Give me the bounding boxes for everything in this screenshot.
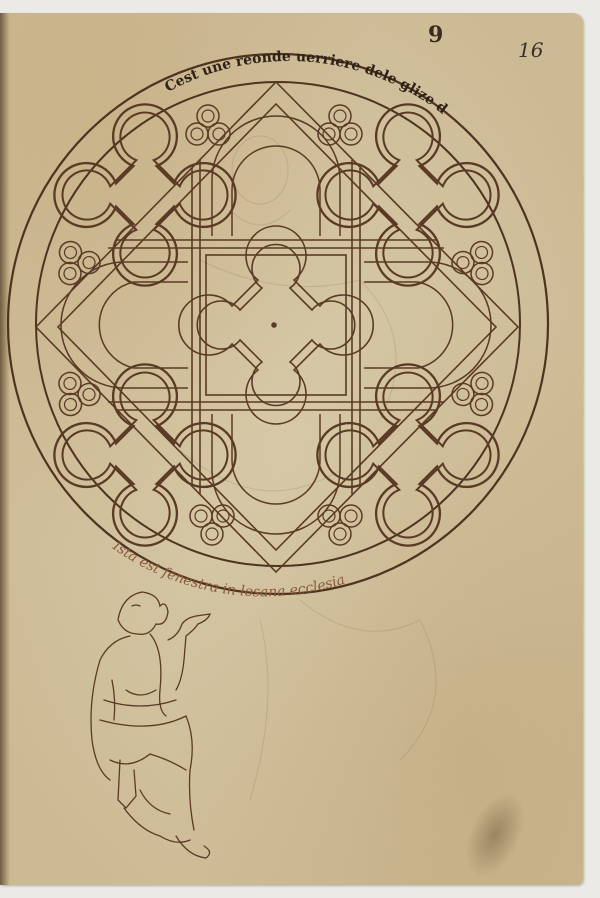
cross-bars [108,160,444,494]
folio-number: 16 [518,38,543,62]
faint-underdrawing [180,136,436,800]
seated-figure [91,592,210,858]
corner-mark: 9 [428,22,443,48]
rose-window-drawing: Cest une reonde uerriere dele glize de l… [0,0,600,898]
bottom-inscription: Ista est fenestra in losana ecclesia [109,538,347,601]
inner-circle [36,82,520,566]
central-quatrefoil [179,226,373,424]
outer-circle [8,54,548,594]
top-inscription: Cest une reonde uerriere dele glize de l… [0,0,450,118]
